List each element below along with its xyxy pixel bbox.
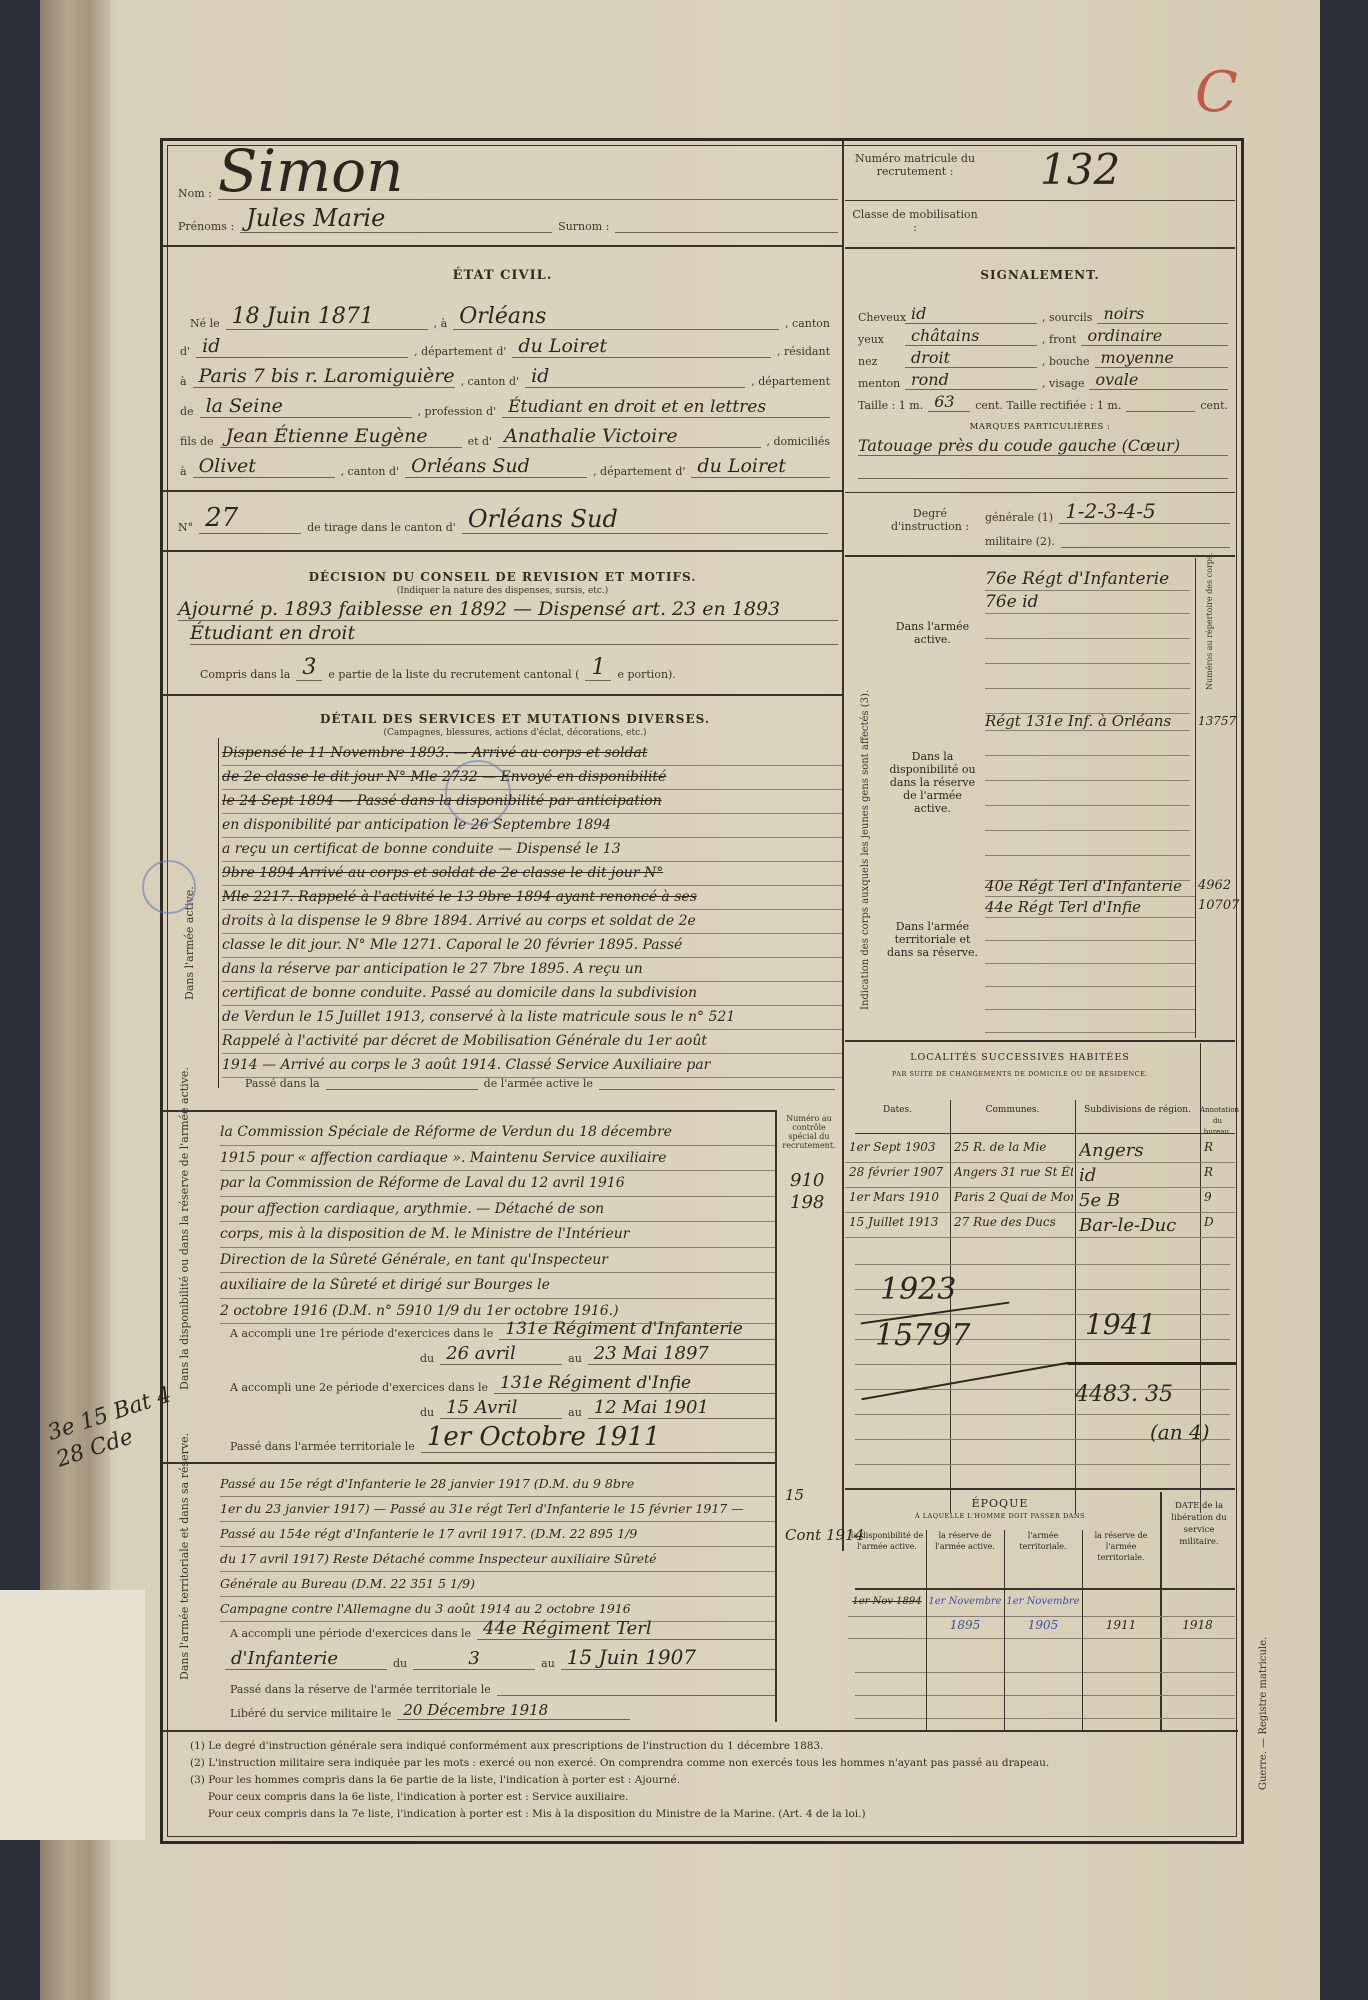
- epoque-cell: [1082, 1596, 1160, 1617]
- corps-num: 4962: [1198, 876, 1239, 896]
- generale-label: générale (1): [985, 511, 1053, 524]
- periode1-corps: 131e Régiment d'Infanterie: [499, 1319, 775, 1340]
- handwritten-line: Direction de la Sûreté Générale, en tant…: [220, 1248, 775, 1274]
- services-subtitle: (Campagnes, blessures, actions d'éclat, …: [190, 728, 840, 738]
- rule: [985, 614, 1190, 639]
- trait-value: ordinaire: [1081, 326, 1228, 346]
- localites-cell: R: [1204, 1140, 1233, 1154]
- territoriale-lines: Passé au 15e régt d'Infanterie le 28 jan…: [220, 1472, 775, 1622]
- localites-row: 28 février 1907Angers 31 rue St Étiennei…: [845, 1163, 1235, 1188]
- handwritten-line: de Verdun le 15 Juillet 1913, conservé à…: [222, 1006, 842, 1030]
- handwritten-line: corps, mis à la disposition de M. le Min…: [220, 1222, 775, 1248]
- column-divider: [1195, 558, 1196, 1038]
- compris-end: e portion).: [617, 668, 675, 681]
- terr-periode-au: 15 Juin 1907: [561, 1645, 775, 1670]
- rule: [985, 831, 1190, 856]
- localites-header: Dates.Communes.Subdivisions de région.An…: [845, 1105, 1235, 1133]
- column-divider: [1004, 1530, 1005, 1730]
- rule: [985, 964, 1195, 987]
- taille-row: Taille : 1 m.63cent. Taille rectifiée : …: [858, 390, 1228, 412]
- corps-entry: 76e Régt d'Infanterie: [985, 568, 1190, 591]
- du-label: du: [393, 1657, 407, 1670]
- tirage-no-label: N°: [178, 521, 193, 534]
- departement2-prefix: de: [180, 405, 194, 418]
- localites-cell: 28 février 1907: [849, 1165, 948, 1179]
- services-title: DÉTAIL DES SERVICES ET MUTATIONS DIVERSE…: [190, 712, 840, 726]
- rule: [855, 1465, 1230, 1490]
- au-label: au: [568, 1352, 582, 1365]
- corps-entry: Régt 131e Inf. à Orléans: [985, 712, 1190, 731]
- terr-periode-corps2: d'Infanterie: [225, 1648, 387, 1670]
- parents-domicile: Olivet: [193, 455, 335, 478]
- trait-value: rond: [905, 370, 1037, 390]
- epoque-row-2: 1895190519111918: [848, 1618, 1238, 1640]
- trait-label: , front: [1042, 333, 1076, 346]
- epoque-cell: 1er Novembre: [926, 1596, 1004, 1617]
- nom-label: Nom :: [178, 187, 212, 200]
- corps-numero-col: Numéros au répertoire des corps.: [1205, 570, 1214, 690]
- cent-label: cent.: [1200, 399, 1228, 412]
- localites-col-header: Dates.: [845, 1105, 950, 1116]
- nom-row: Nom : Simon: [178, 140, 838, 200]
- reserve-numero-col: Numéro au contrôle spécial du recrutemen…: [779, 1114, 839, 1150]
- domicilies-prefix: à: [180, 465, 187, 478]
- spine-text: Guerre. — Registre matricule.: [1258, 1637, 1269, 1790]
- epoque-title: ÉPOQUE: [850, 1497, 1150, 1510]
- divider: [163, 694, 842, 696]
- degre-label: Degré d'instruction :: [880, 507, 980, 533]
- divider: [845, 247, 1235, 249]
- bracket: [218, 738, 219, 1088]
- column-divider: [1082, 1530, 1083, 1730]
- corps-dispo: Régt 131e Inf. à Orléans: [985, 712, 1190, 881]
- loc-number-1: 1923: [880, 1272, 956, 1307]
- rule: [855, 1240, 1230, 1265]
- a-label: , à: [434, 317, 448, 330]
- du-label: du: [420, 1352, 434, 1365]
- localites-cell: Bar-le-Duc: [1079, 1215, 1198, 1236]
- localites-cell: 5e B: [1079, 1190, 1198, 1211]
- passe-label: Passé dans la: [245, 1077, 320, 1090]
- epoque-row-1: 1er Nov 18941er Novembre1er Novembre: [848, 1596, 1238, 1618]
- corps-entry: 44e Régt Terl d'Infie: [985, 897, 1195, 918]
- localites-cell: D: [1204, 1215, 1233, 1229]
- trait-label: , visage: [1042, 377, 1084, 390]
- residant-prefix: à: [180, 375, 187, 388]
- corner-mark: C: [1195, 60, 1238, 125]
- localites-col-header: Communes.: [950, 1105, 1075, 1116]
- du-label: du: [420, 1406, 434, 1419]
- compris-portion: 1: [585, 655, 611, 681]
- periode1-au: 23 Mai 1897: [588, 1343, 775, 1365]
- loc-number-2: 15797: [875, 1318, 970, 1353]
- taille-value: 63: [928, 392, 970, 412]
- loc-number-4: 4483. 35: [1075, 1382, 1173, 1407]
- divider: [845, 555, 1235, 557]
- trait-value: droit: [905, 348, 1037, 368]
- periode2-label: A accompli une 2e période d'exercices da…: [230, 1381, 488, 1394]
- militaire-label: militaire (2).: [985, 535, 1055, 548]
- departement-label: , département d': [414, 345, 506, 358]
- corps-entry: 76e id: [985, 591, 1190, 614]
- divider: [163, 490, 842, 492]
- handwritten-line: de 2e classe le dit jour N° Mle 2732 — E…: [222, 766, 842, 790]
- column-divider: [775, 1110, 777, 1722]
- handwritten-line: a reçu un certificat de bonne conduite —…: [222, 838, 842, 862]
- etat-civil-title: ÉTAT CIVIL.: [163, 268, 842, 283]
- handwritten-line: auxiliaire de la Sûreté et dirigé sur Bo…: [220, 1273, 775, 1299]
- periode1-dates: du 26 avril au 23 Mai 1897: [420, 1343, 775, 1365]
- rule: [985, 918, 1195, 941]
- profession-label: , profession d': [418, 405, 497, 418]
- trait-label: yeux: [858, 333, 900, 346]
- localites-cell: 15 Juillet 1913: [849, 1215, 948, 1229]
- handwritten-line: 9bre 1894 Arrivé au corps et soldat de 2…: [222, 862, 842, 886]
- handwritten-line: du 17 avril 1917) Reste Détaché comme In…: [220, 1547, 775, 1572]
- numero-value: 910: [790, 1170, 824, 1192]
- parents-row: fils de Jean Étienne Eugène et d' Anatha…: [180, 420, 830, 448]
- marques-value: Tatouage près du coude gauche (Cœur): [858, 436, 1228, 456]
- handwritten-line: pour affection cardiaque, arythmie. — Dé…: [220, 1197, 775, 1223]
- reserve-lines: la Commission Spéciale de Réforme de Ver…: [220, 1120, 775, 1324]
- rule: [985, 756, 1190, 781]
- au-label: au: [541, 1657, 555, 1670]
- departement3-label: , département d': [593, 465, 685, 478]
- marques-title: MARQUES PARTICULIÈRES :: [845, 422, 1235, 432]
- epoque-col-header: l'armée territoriale.: [1004, 1530, 1082, 1552]
- corps-side-label: Indication des corps auxquels les jeunes…: [860, 690, 871, 1010]
- footnote: (1) Le degré d'instruction générale sera…: [190, 1738, 1230, 1755]
- epoque-cell: 1918: [1160, 1618, 1235, 1639]
- handwritten-line: droits à la dispense le 9 8bre 1894. Arr…: [222, 910, 842, 934]
- periode1-du: 26 avril: [440, 1343, 562, 1365]
- periode2-du: 15 Avril: [440, 1397, 562, 1419]
- periode2-row: A accompli une 2e période d'exercices da…: [230, 1372, 775, 1394]
- localites-cell: 1er Sept 1903: [849, 1140, 948, 1154]
- generale-value: 1-2-3-4-5: [1059, 499, 1230, 524]
- handwritten-line: par la Commission de Réforme de Laval du…: [220, 1171, 775, 1197]
- profession-row: de la Seine , profession d' Étudiant en …: [180, 390, 830, 418]
- corps-terr-num: 496210707: [1198, 876, 1239, 916]
- divider: [163, 1110, 775, 1112]
- canton-prefix: d': [180, 345, 190, 358]
- corps-terr: 40e Régt Terl d'Infanterie44e Régt Terl …: [985, 876, 1195, 1033]
- au-label: au: [568, 1406, 582, 1419]
- epoque-col-header: la réserve de l'armée active.: [926, 1530, 1004, 1552]
- prenoms-label: Prénoms :: [178, 220, 234, 233]
- militaire-value: [1061, 547, 1230, 548]
- localites-cell: 27 Rue des Ducs: [954, 1215, 1073, 1229]
- periode2-corps: 131e Régiment d'Infie: [494, 1373, 775, 1394]
- terr-periode-dates: d'Infanterie du 3 au 15 Juin 1907: [225, 1646, 775, 1670]
- parents-departement: du Loiret: [691, 455, 830, 478]
- rule: [985, 1010, 1195, 1033]
- degre-militaire-row: militaire (2).: [985, 526, 1230, 548]
- passe-row: Passé dans la de l'armée active le: [245, 1070, 835, 1090]
- divider: [845, 492, 1235, 493]
- epoque-cell: 1911: [1082, 1618, 1160, 1639]
- divider: [855, 1588, 1235, 1590]
- divider: [163, 550, 842, 552]
- corps-num: 10707: [1198, 896, 1239, 916]
- corps-entry: 40e Régt Terl d'Infanterie: [985, 876, 1195, 897]
- loc-number-5: (an 4): [1150, 1420, 1210, 1444]
- reserve-side-label: Dans la disponibilité ou dans la réserve…: [178, 1067, 191, 1390]
- compris-mid: e partie de la liste du recrutement cant…: [328, 668, 579, 681]
- residant-label: , résidant: [777, 345, 830, 358]
- decision-title: DÉCISION DU CONSEIL DE REVISION ET MOTIF…: [163, 570, 842, 584]
- rule: [855, 1696, 1235, 1719]
- active-label: Dans l'armée active.: [885, 620, 980, 646]
- tirage-canton: Orléans Sud: [462, 505, 828, 534]
- trait-label: menton: [858, 377, 900, 390]
- libere-row: Libéré du service militaire le 20 Décemb…: [230, 1700, 630, 1720]
- rule: [855, 1365, 1230, 1390]
- rule: [855, 1390, 1230, 1415]
- column-divider: [842, 141, 844, 1551]
- localites-cell: 25 R. de la Mie: [954, 1140, 1073, 1154]
- degre-generale-row: générale (1) 1-2-3-4-5: [985, 500, 1230, 524]
- parents-canton: Orléans Sud: [405, 455, 587, 478]
- localites-cell: id: [1079, 1165, 1198, 1186]
- rule: [985, 781, 1190, 806]
- passe-blank: [326, 1089, 478, 1090]
- epoque-cell: 1895: [926, 1618, 1004, 1639]
- divider: [845, 200, 1235, 201]
- paper-tab: [0, 1590, 145, 1840]
- trait-value: ovale: [1089, 370, 1228, 390]
- epoque-rules: [855, 1650, 1235, 1719]
- localites-cell: Angers 31 rue St Étienne: [954, 1165, 1073, 1179]
- divider: [163, 1730, 1238, 1732]
- epoque-cell: 1905: [1004, 1618, 1082, 1639]
- birth-departement: du Loiret: [512, 335, 771, 358]
- divider: [163, 1462, 775, 1464]
- passe-terr-row: Passé dans l'armée territoriale le 1er O…: [230, 1425, 775, 1453]
- ink-stamp: [142, 860, 196, 914]
- passe-terr-label: Passé dans l'armée territoriale le: [230, 1440, 415, 1453]
- localites-rows: 1er Sept 190325 R. de la MieAngersR28 fé…: [845, 1138, 1235, 1238]
- dispo-label: Dans la disponibilité ou dans la réserve…: [885, 750, 980, 815]
- localites-cell: Angers: [1079, 1140, 1198, 1161]
- libere-label: Libéré du service militaire le: [230, 1707, 391, 1720]
- periode2-dates: du 15 Avril au 12 Mai 1901: [420, 1397, 775, 1419]
- handwritten-line: Dispensé le 11 Novembre 1893. — Arrivé a…: [222, 742, 842, 766]
- terr-periode-corps: 44e Régiment Terl: [477, 1618, 775, 1640]
- ne-le-label: Né le: [190, 317, 220, 330]
- rule: [985, 639, 1190, 664]
- services-lines: Dispensé le 11 Novembre 1893. — Arrivé a…: [222, 742, 842, 1078]
- localites-cell: R: [1204, 1165, 1233, 1179]
- birth-date: 18 Juin 1871: [226, 304, 428, 330]
- rule: [858, 478, 1228, 479]
- column-divider: [926, 1530, 927, 1730]
- residence-row: à Paris 7 bis r. Laromiguière , canton d…: [180, 360, 830, 388]
- rule: [855, 1673, 1235, 1696]
- handwritten-line: Mle 2217. Rappelé à l'activité le 13 9br…: [222, 886, 842, 910]
- footnotes: (1) Le degré d'instruction générale sera…: [190, 1738, 1230, 1823]
- signalement-row: yeuxchâtains, frontordinaire: [858, 324, 1228, 346]
- nom-value: Simon: [218, 143, 838, 200]
- trait-label: nez: [858, 355, 900, 368]
- epoque-col-header: la réserve de l'armée territoriale.: [1082, 1530, 1160, 1563]
- canton3-label: , canton d': [341, 465, 400, 478]
- territoriale-side-label: Dans l'armée territoriale et dans sa rés…: [178, 1433, 191, 1680]
- signalement-title: SIGNALEMENT.: [845, 268, 1235, 282]
- canton2-label: , canton d': [461, 375, 520, 388]
- periode1-label: A accompli une 1re période d'exercices d…: [230, 1327, 493, 1340]
- numero-value: 198: [790, 1192, 824, 1214]
- naissance-row: Né le 18 Juin 1871 , à Orléans , canton: [190, 300, 830, 330]
- numero-label: Numéro matricule du recrutement :: [850, 152, 980, 178]
- trait-value: châtains: [905, 326, 1037, 346]
- rule: [855, 1650, 1235, 1673]
- handwritten-line: Passé au 15e régt d'Infanterie le 28 jan…: [220, 1472, 775, 1497]
- passe-terr-value: 1er Octobre 1911: [421, 1422, 775, 1453]
- passe-value: [599, 1089, 835, 1090]
- corps-dispo-num: 13757: [1198, 714, 1236, 728]
- decision-line-1: Ajourné p. 1893 faiblesse en 1892 — Disp…: [178, 598, 838, 621]
- departement2-label: , département: [751, 375, 830, 388]
- libere-value: 20 Décembre 1918: [397, 1701, 630, 1720]
- reserve-terr-label: Passé dans la réserve de l'armée territo…: [230, 1683, 491, 1696]
- divider: [855, 1133, 1235, 1134]
- compris-partie: 3: [296, 655, 322, 681]
- footnote: Pour ceux compris dans la 7e liste, l'in…: [190, 1806, 1230, 1823]
- signalement-rows: Cheveuxid, sourcilsnoirsyeuxchâtains, fr…: [858, 302, 1228, 412]
- numero-value: 132: [1040, 145, 1120, 194]
- prenoms-row: Prénoms : Jules Marie Surnom :: [178, 205, 838, 233]
- terr-periode-du: 3: [413, 1648, 535, 1670]
- father-name: Jean Étienne Eugène: [220, 425, 462, 448]
- handwritten-line: la Commission Spéciale de Réforme de Ver…: [220, 1120, 775, 1146]
- canton-row: d' id , département d' du Loiret , résid…: [180, 330, 830, 358]
- decision-subtitle: (Indiquer la nature des dispenses, sursi…: [163, 586, 842, 596]
- reserve-numero: 910198: [790, 1170, 824, 1214]
- residence-value: Paris 7 bis r. Laromiguière: [193, 365, 455, 388]
- divider: [163, 245, 842, 247]
- rule: [985, 664, 1190, 689]
- epoque-subtitle: À LAQUELLE L'HOMME DOIT PASSER DANS: [850, 1512, 1150, 1520]
- handwritten-line: dans la réserve par anticipation le 27 7…: [222, 958, 842, 982]
- canton-label: , canton: [785, 317, 830, 330]
- handwritten-line: certificat de bonne conduite. Passé au d…: [222, 982, 842, 1006]
- handwritten-line: le 24 Sept 1894 — Passé dans la disponib…: [222, 790, 842, 814]
- epoque-col-header: la disponibilité de l'armée active.: [848, 1530, 926, 1552]
- periode1-row: A accompli une 1re période d'exercices d…: [230, 1318, 775, 1340]
- trait-label: Cheveux: [858, 311, 900, 324]
- rule: [985, 806, 1190, 831]
- divider: [845, 1488, 1235, 1490]
- localites-row: 15 Juillet 191327 Rue des DucsBar-le-Duc…: [845, 1213, 1235, 1238]
- compris-label: Compris dans la: [200, 668, 290, 681]
- tirage-row: N° 27 de tirage dans le canton d' Orléan…: [178, 500, 828, 534]
- surnom-label: Surnom :: [558, 220, 609, 233]
- localites-title: LOCALITÉS SUCCESSIVES HABITÉES: [850, 1052, 1190, 1063]
- taille-rect-label: cent. Taille rectifiée : 1 m.: [975, 399, 1121, 412]
- passe-mid: de l'armée active le: [484, 1077, 593, 1090]
- taille-rect-value: [1126, 411, 1195, 412]
- epoque-date-col: DATE de la libération du service militai…: [1163, 1500, 1235, 1548]
- tirage-label: de tirage dans le canton d': [307, 521, 456, 534]
- terr-label: Dans l'armée territoriale et dans sa rés…: [885, 920, 980, 959]
- handwritten-line: classe le dit jour. N° Mle 1271. Caporal…: [222, 934, 842, 958]
- handwritten-line: Rappelé à l'activité par décret de Mobil…: [222, 1030, 842, 1054]
- reserve-terr-row: Passé dans la réserve de l'armée territo…: [230, 1676, 775, 1696]
- signalement-row: Cheveuxid, sourcilsnoirs: [858, 302, 1228, 324]
- footnote: (3) Pour les hommes compris dans la 6e p…: [190, 1772, 1230, 1789]
- residence-departement: la Seine: [200, 395, 412, 418]
- trait-label: , bouche: [1042, 355, 1090, 368]
- epoque-cell: [1160, 1596, 1235, 1617]
- surnom-value: [615, 232, 838, 233]
- birth-place: Orléans: [453, 304, 779, 330]
- terr-periode-label: A accompli une période d'exercices dans …: [230, 1627, 471, 1640]
- handwritten-line: 1915 pour « affection cardiaque ». Maint…: [220, 1146, 775, 1172]
- handwritten-line: Générale au Bureau (D.M. 22 351 5 1/9): [220, 1572, 775, 1597]
- footnote: Pour ceux compris dans la 6e liste, l'in…: [190, 1789, 1230, 1806]
- mother-name: Anathalie Victoire: [498, 425, 760, 448]
- birth-canton: id: [196, 335, 408, 358]
- epoque-cell: [848, 1618, 926, 1639]
- trait-label: , sourcils: [1042, 311, 1092, 324]
- localites-row: 1er Mars 1910Paris 2 Quai de Montebello5…: [845, 1188, 1235, 1213]
- mere-label: et d': [468, 435, 493, 448]
- decision-line-2: Étudiant en droit: [190, 622, 838, 645]
- ink-rule: [1068, 1362, 1236, 1365]
- handwritten-line: Passé au 154e régt d'Infanterie le 17 av…: [220, 1522, 775, 1547]
- localites-col-header: Subdivisions de région.: [1075, 1105, 1200, 1116]
- handwritten-line: en disponibilité par anticipation le 26 …: [222, 814, 842, 838]
- domicilies-label: , domiciliés: [767, 435, 830, 448]
- localites-cell: 9: [1204, 1190, 1233, 1204]
- footnote: (2) L'instruction militaire sera indiqué…: [190, 1755, 1230, 1772]
- reserve-terr-value: [497, 1695, 775, 1696]
- prenoms-value: Jules Marie: [240, 204, 552, 233]
- epoque-cell: 1er Novembre: [1004, 1596, 1082, 1617]
- terr-periode-row: A accompli une période d'exercices dans …: [230, 1618, 775, 1640]
- periode2-au: 12 Mai 1901: [588, 1397, 775, 1419]
- loc-number-3: 1941: [1085, 1308, 1156, 1341]
- localites-cell: Paris 2 Quai de Montebello: [954, 1190, 1073, 1204]
- trait-value: id: [905, 304, 1037, 324]
- taille-label: Taille : 1 m.: [858, 399, 923, 412]
- rule: [985, 941, 1195, 964]
- rule: [985, 689, 1190, 714]
- epoque-cell: 1er Nov 1894: [848, 1596, 926, 1617]
- localites-cell: 1er Mars 1910: [849, 1190, 948, 1204]
- domicile-row: à Olivet , canton d' Orléans Sud , dépar…: [180, 450, 830, 478]
- profession-value: Étudiant en droit et en lettres: [502, 397, 830, 418]
- corps-active: 76e Régt d'Infanterie76e id: [985, 568, 1190, 714]
- rule: [985, 731, 1190, 756]
- localites-row: 1er Sept 190325 R. de la MieAngersR: [845, 1138, 1235, 1163]
- trait-value: moyenne: [1095, 348, 1229, 368]
- fils-label: fils de: [180, 435, 214, 448]
- rule: [985, 987, 1195, 1010]
- signalement-row: nezdroit, bouchemoyenne: [858, 346, 1228, 368]
- compris-row: Compris dans la 3 e partie de la liste d…: [200, 655, 820, 681]
- tirage-number: 27: [199, 503, 301, 534]
- residence-canton: id: [525, 365, 745, 388]
- localites-subtitle: PAR SUITE DE CHANGEMENTS DE DOMICILE OU …: [850, 1070, 1190, 1078]
- trait-value: noirs: [1097, 304, 1228, 324]
- handwritten-line: 1er du 23 janvier 1917) — Passé au 31e r…: [220, 1497, 775, 1522]
- signalement-row: mentonrond, visageovale: [858, 368, 1228, 390]
- classe-label: Classe de mobilisation :: [850, 208, 980, 234]
- divider: [845, 1040, 1235, 1042]
